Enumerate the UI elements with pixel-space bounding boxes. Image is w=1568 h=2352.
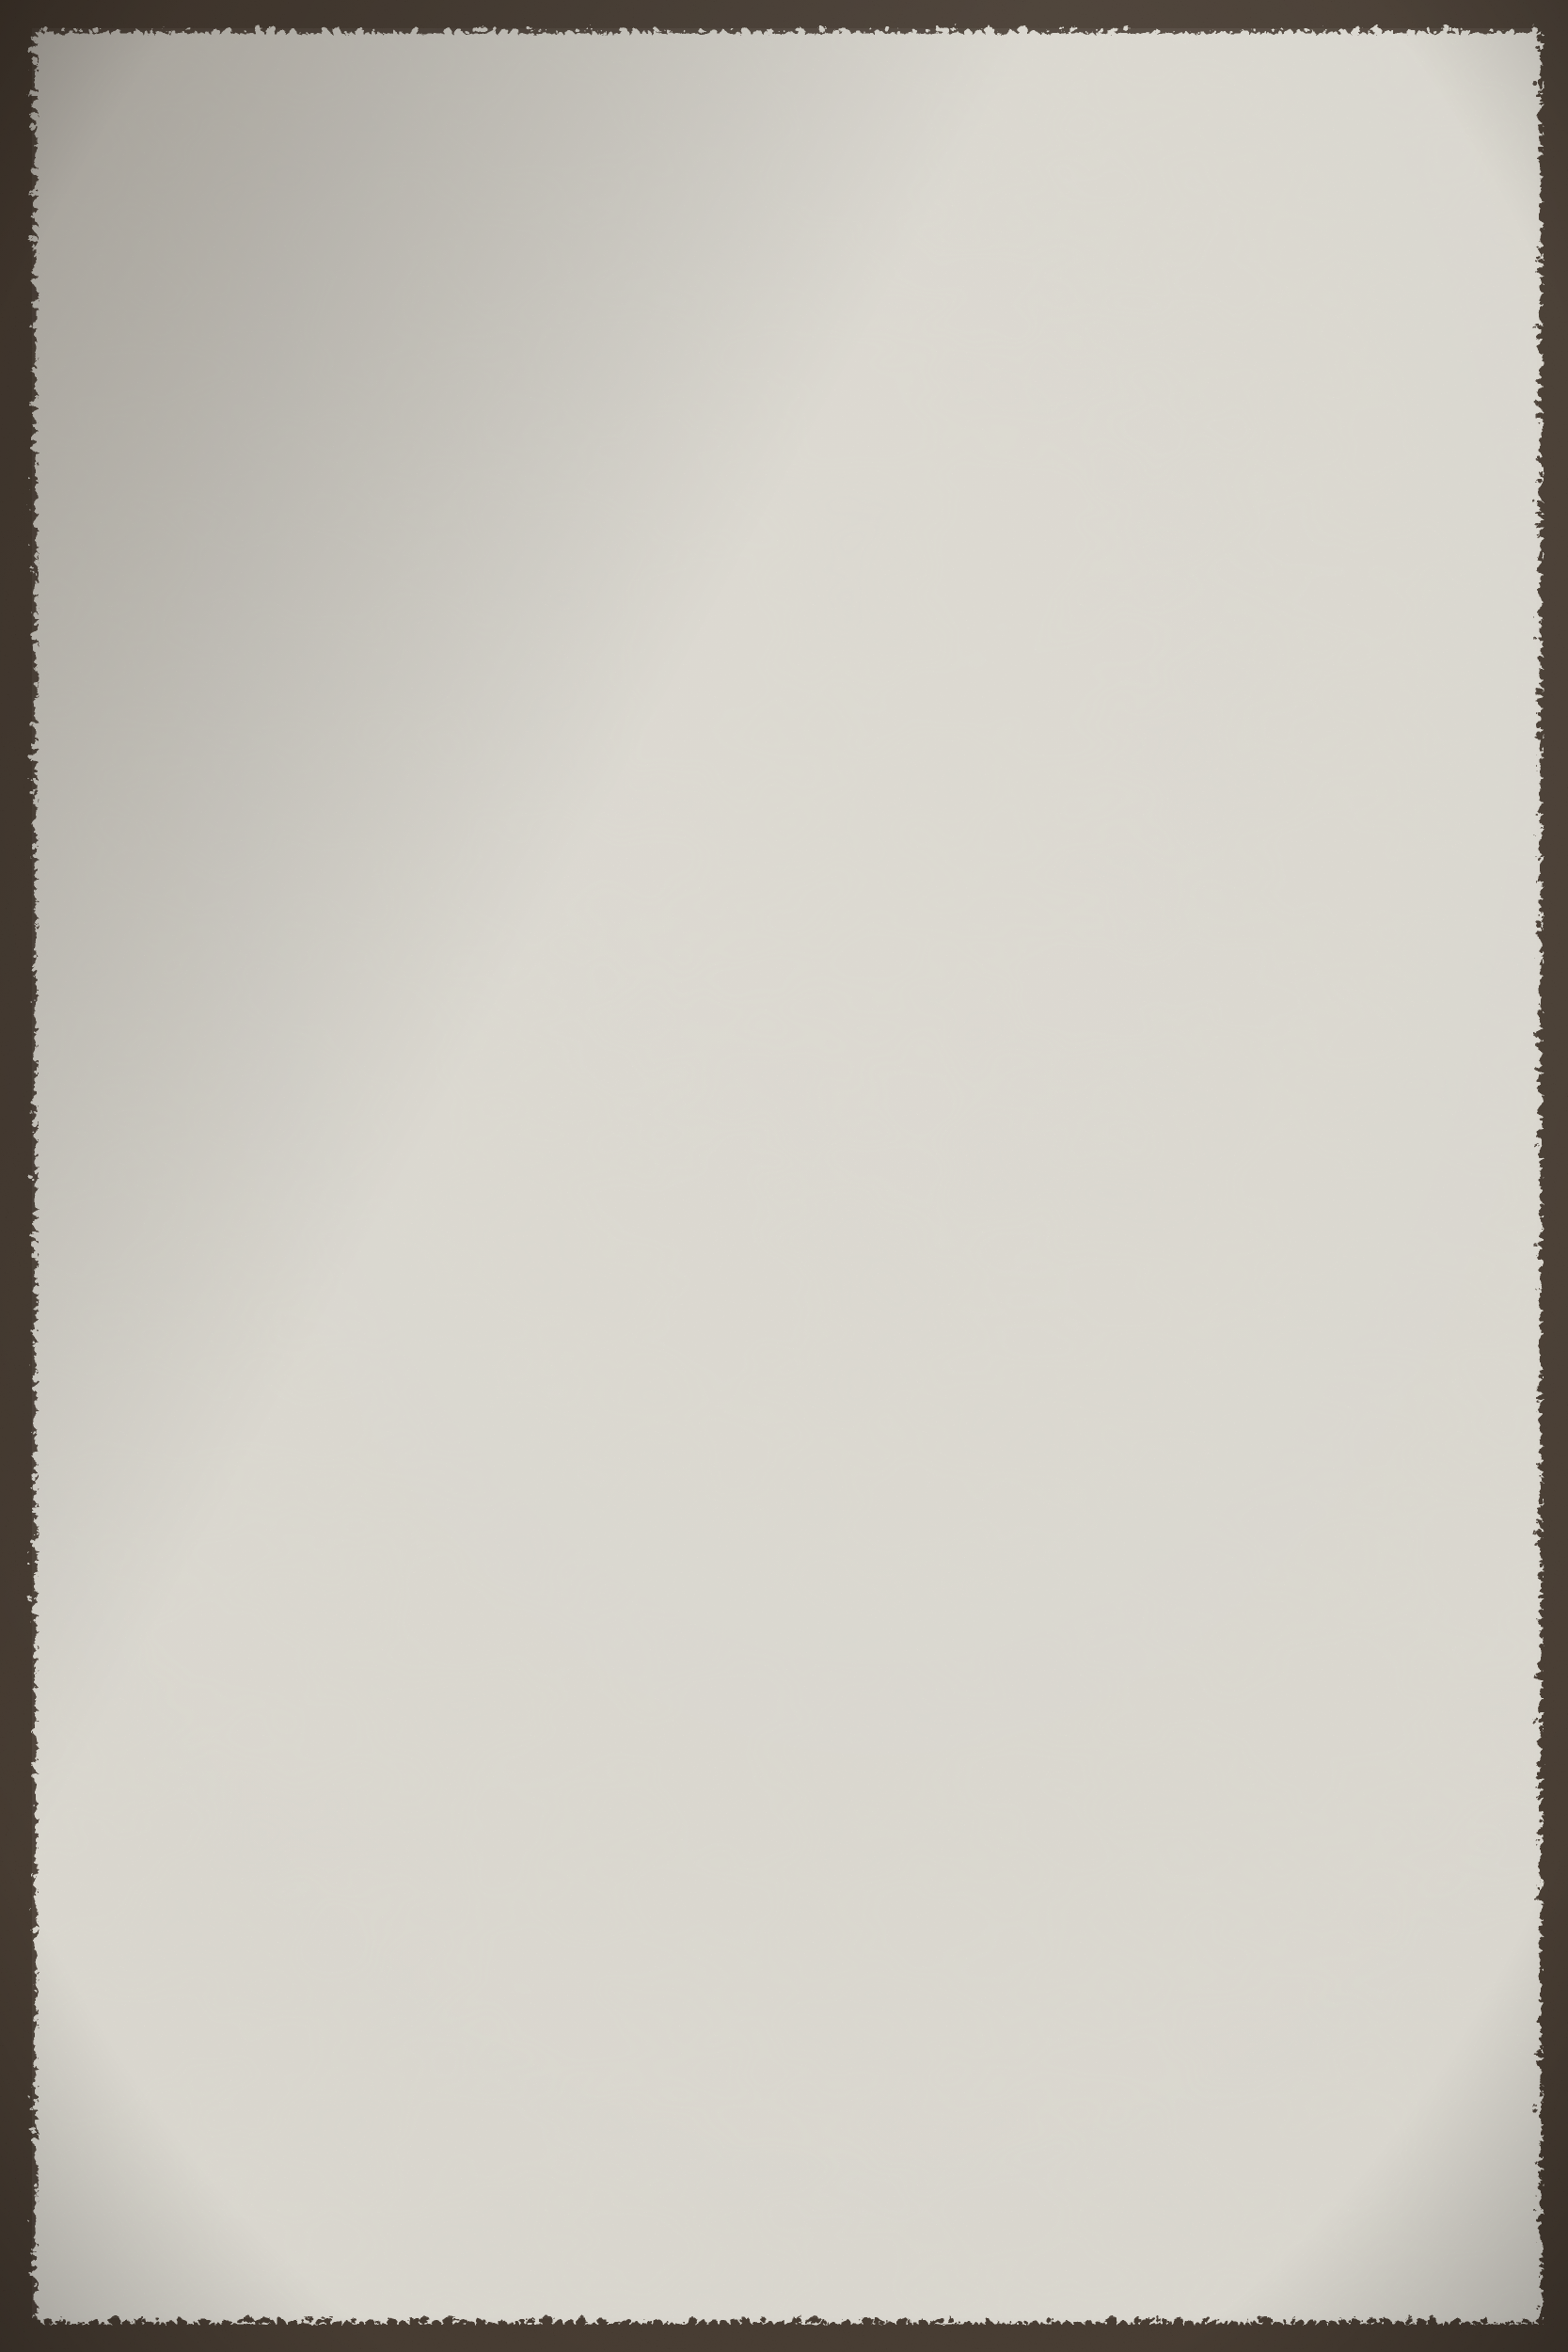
page: { "meta": { "type": "photograph", "alt":… (0, 0, 1568, 2352)
rug-photo (0, 0, 1568, 2352)
rug-image (0, 0, 1568, 2352)
vignette-overlay (0, 0, 1568, 2352)
